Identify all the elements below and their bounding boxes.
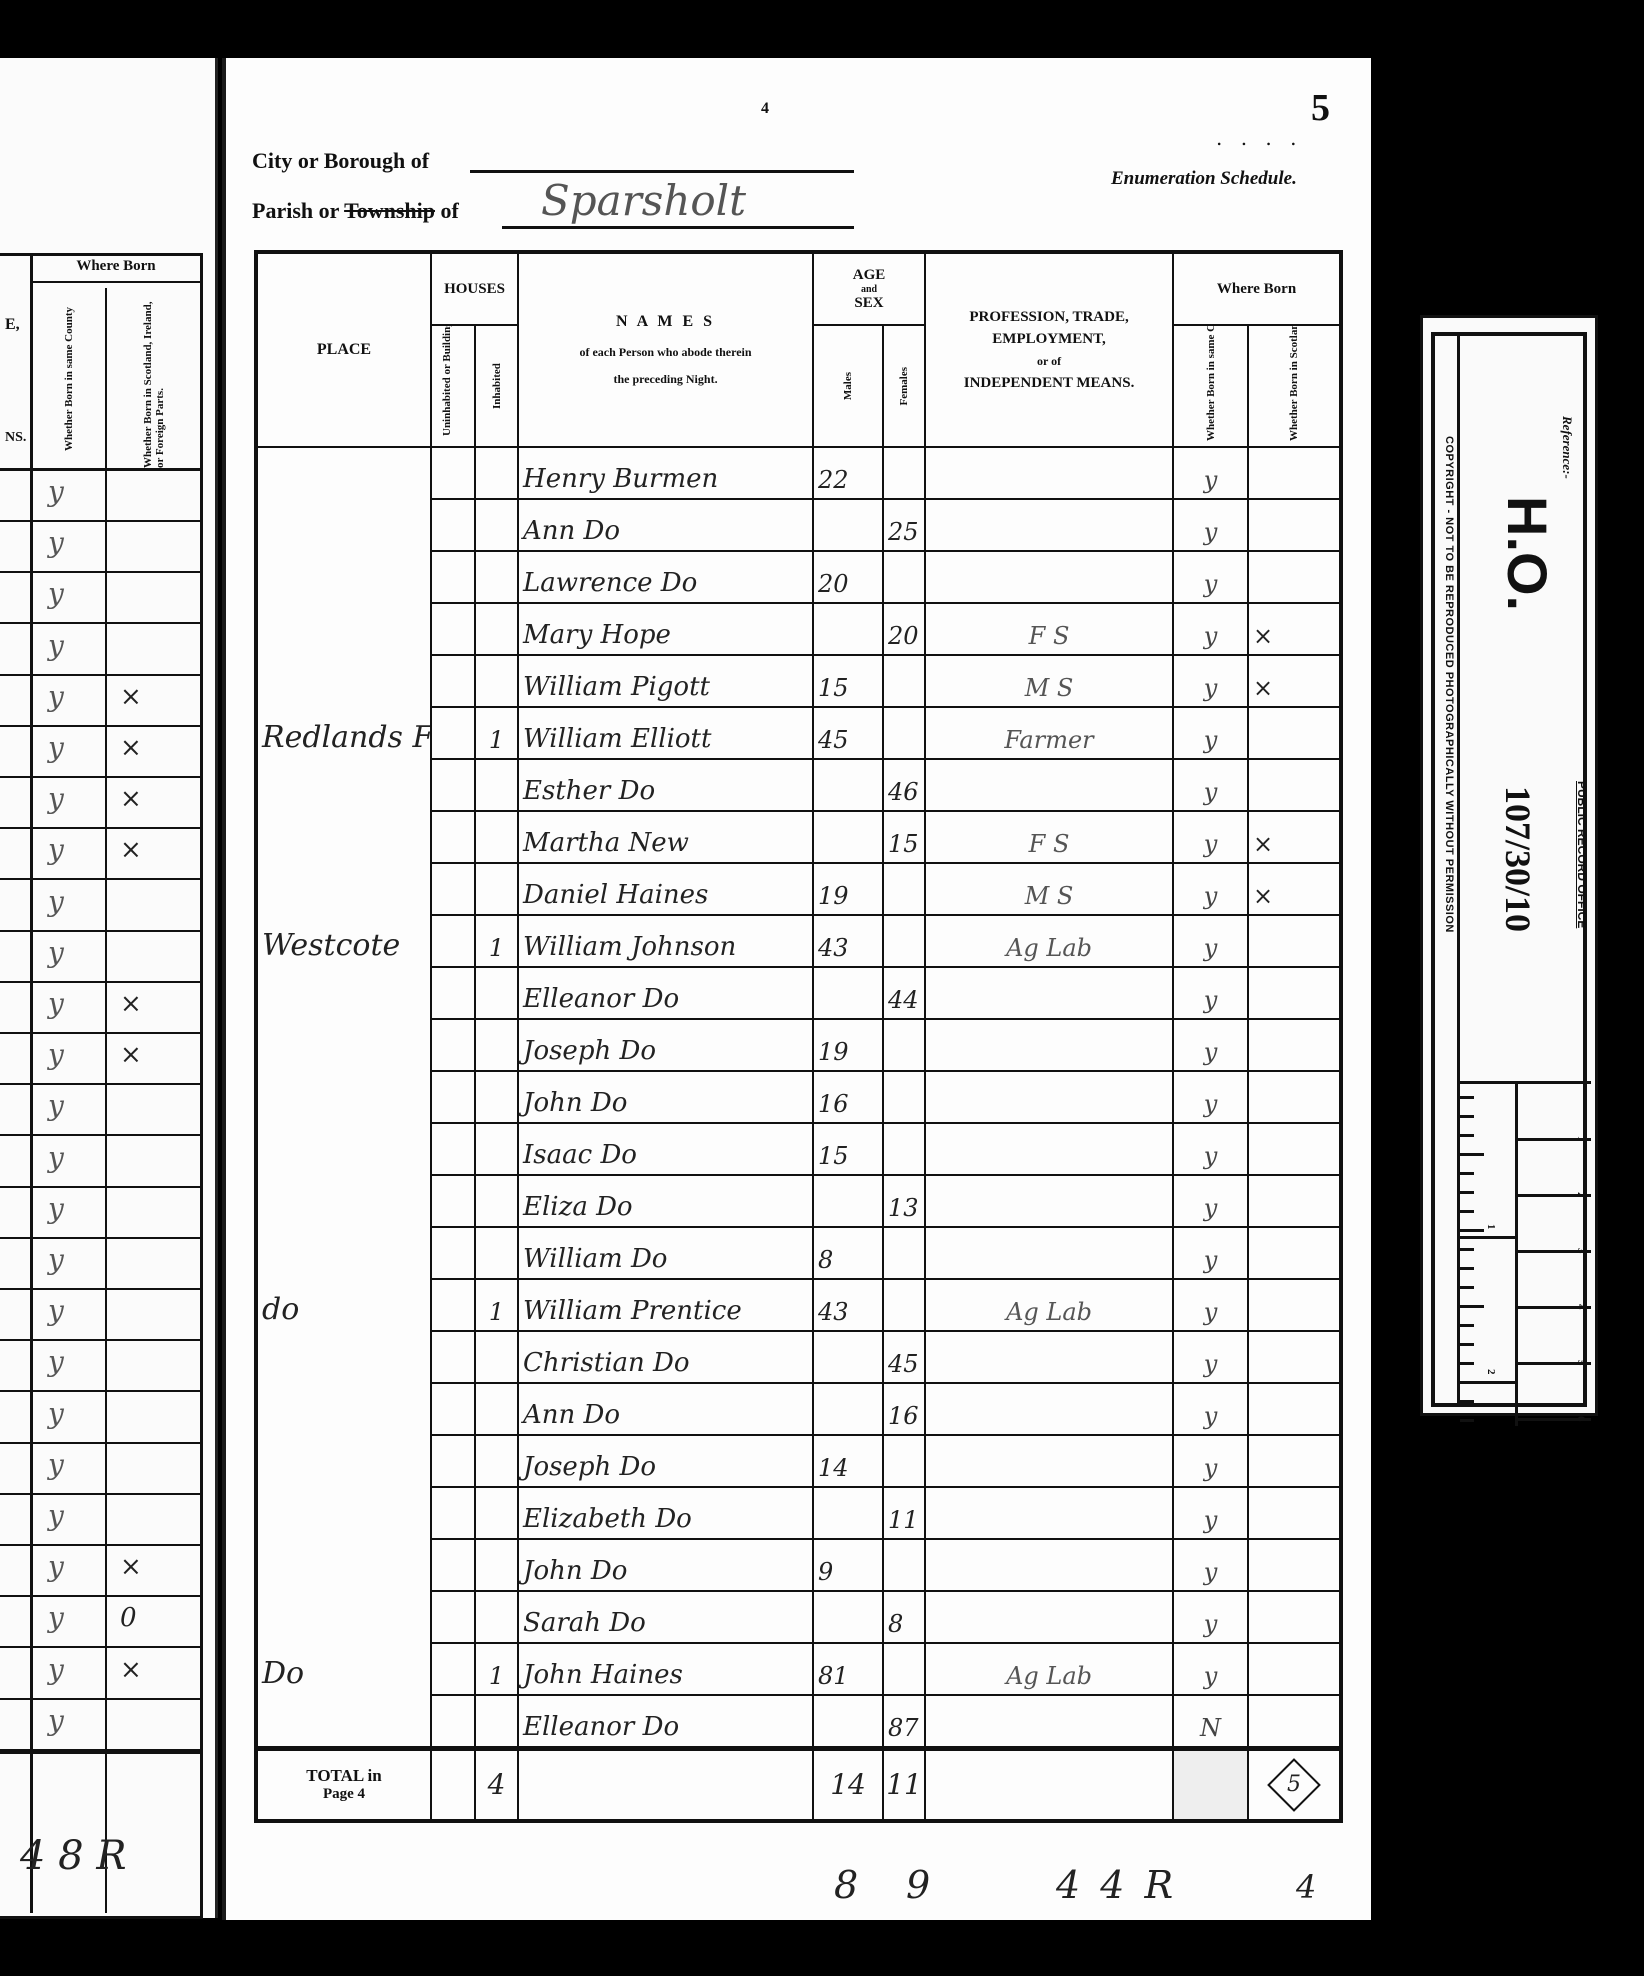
age-sex: SEX xyxy=(814,295,924,312)
name-cell: Daniel Haines xyxy=(518,863,813,915)
place-cell xyxy=(256,863,431,915)
inhabited-value: 1 xyxy=(485,1662,508,1694)
name-value: Isaac Do xyxy=(519,1140,641,1174)
boxed-count-diamond: 5 xyxy=(1267,1758,1321,1812)
inhabited-cell xyxy=(475,1175,518,1227)
left-county-mark: y xyxy=(48,1704,64,1737)
houses-header: HOUSES xyxy=(431,252,518,325)
boxed-count: 5 xyxy=(1287,1768,1301,1802)
profession-cell xyxy=(925,499,1173,551)
parish-label-prefix: Parish or xyxy=(252,198,344,223)
male-age-value xyxy=(814,644,822,648)
name-cell: Joseph Do xyxy=(518,1019,813,1071)
name-value: John Do xyxy=(519,1088,631,1122)
profession-cell: M S xyxy=(925,863,1173,915)
place-cell xyxy=(256,759,431,811)
place-value: Westcote xyxy=(258,928,404,967)
uninhabited-cell xyxy=(431,1487,475,1539)
place-cell xyxy=(256,1227,431,1279)
left-county-mark: y xyxy=(48,1397,64,1430)
female-age-value xyxy=(884,1684,892,1688)
female-age-cell xyxy=(883,551,925,603)
same-county-value: y xyxy=(1200,1350,1222,1382)
left-foreign-mark: × xyxy=(120,784,142,814)
name-cell: Elleanor Do xyxy=(518,967,813,1019)
census-table: PLACE HOUSES N A M E S of each Person wh… xyxy=(254,250,1343,1823)
profession-cell xyxy=(925,551,1173,603)
place-value xyxy=(258,1111,266,1115)
place-cell xyxy=(256,1695,431,1749)
place-cell: Redlands Farm xyxy=(256,707,431,759)
foreign-value xyxy=(1249,956,1257,960)
same-county-cell: y xyxy=(1173,1279,1248,1331)
name-value: Elizabeth Do xyxy=(519,1504,696,1538)
male-age-cell: 14 xyxy=(813,1435,883,1487)
foreign-value xyxy=(1249,1476,1257,1480)
inhabited-value xyxy=(493,540,501,544)
place-cell xyxy=(256,1175,431,1227)
inhabited-value xyxy=(493,904,501,908)
inhabited-cell xyxy=(475,1123,518,1175)
male-age-value xyxy=(814,1372,822,1376)
same-county-value: y xyxy=(1200,778,1222,810)
ruler-divider xyxy=(1515,1081,1518,1426)
same-county-label: Whether Born in same County xyxy=(1205,331,1217,441)
profession-cell xyxy=(925,1435,1173,1487)
inhabited-cell xyxy=(475,811,518,863)
female-age-value: 45 xyxy=(884,1350,923,1382)
table-header: PLACE HOUSES N A M E S of each Person wh… xyxy=(256,252,1341,447)
left-foreign-mark: × xyxy=(120,1040,142,1070)
left-footer-note: 4 8 R xyxy=(20,1833,126,1879)
foreign-cell xyxy=(1248,759,1341,811)
inhabited-cell xyxy=(475,863,518,915)
female-age-cell xyxy=(883,1123,925,1175)
place-cell xyxy=(256,811,431,863)
left-county-mark: y xyxy=(48,577,64,610)
male-age-value: 22 xyxy=(814,466,853,498)
uninhabited-cell xyxy=(431,1435,475,1487)
left-foreign-mark: × xyxy=(120,1655,142,1685)
male-age-cell: 19 xyxy=(813,1019,883,1071)
foreign-value xyxy=(1249,1268,1257,1272)
same-county-value: N xyxy=(1196,1714,1225,1746)
same-county-value: y xyxy=(1200,622,1222,654)
inhabited-value xyxy=(493,696,501,700)
male-age-cell xyxy=(813,1695,883,1749)
ruler-cm-rule xyxy=(1517,1362,1591,1365)
left-row-rule xyxy=(0,1288,200,1290)
left-row-rule xyxy=(0,1237,200,1239)
female-age-cell: 13 xyxy=(883,1175,925,1227)
table-row: Daniel Haines19M Sy× xyxy=(256,863,1341,915)
male-age-cell: 20 xyxy=(813,551,883,603)
same-county-value: y xyxy=(1200,1090,1222,1122)
place-cell xyxy=(256,1331,431,1383)
table-row: Mary Hope20F Sy× xyxy=(256,603,1341,655)
total-males: 14 xyxy=(813,1749,883,1821)
census-page: 4 . . . . 5 Enumeration Schedule. City o… xyxy=(222,58,1371,1920)
name-cell: Sarah Do xyxy=(518,1591,813,1643)
profession-value xyxy=(1045,1632,1053,1636)
profession-line-2: EMPLOYMENT, xyxy=(926,328,1172,350)
female-age-value xyxy=(884,592,892,596)
profession-cell xyxy=(925,1695,1173,1749)
name-cell: Mary Hope xyxy=(518,603,813,655)
ruler-tick xyxy=(1460,1229,1484,1232)
profession-value xyxy=(1045,1580,1053,1584)
name-value: Martha New xyxy=(519,828,693,862)
footer-piece-note: 4 4 R xyxy=(1056,1863,1177,1907)
name-cell: John Do xyxy=(518,1071,813,1123)
copyright-notice: COPYRIGHT - NOT TO BE REPRODUCED PHOTOGR… xyxy=(1443,436,1455,933)
profession-value xyxy=(1045,592,1053,596)
foreign-value xyxy=(1249,1372,1257,1376)
foreign-value: × xyxy=(1249,622,1277,654)
foreign-value xyxy=(1249,748,1257,752)
same-county-cell: y xyxy=(1173,1071,1248,1123)
ruler-tick xyxy=(1460,1153,1484,1156)
left-header-fragment-2: NS. xyxy=(5,430,26,446)
place-value xyxy=(258,1371,266,1375)
total-label: TOTAL in Page 4 xyxy=(256,1749,431,1821)
inhabited-cell: 1 xyxy=(475,1279,518,1331)
uninhabited-cell xyxy=(431,551,475,603)
names-header: N A M E S of each Person who abode there… xyxy=(518,252,813,447)
profession-value xyxy=(1045,1736,1053,1740)
profession-cell xyxy=(925,759,1173,811)
left-county-mark: y xyxy=(48,782,64,815)
left-county-mark: y xyxy=(48,1499,64,1532)
female-age-cell xyxy=(883,915,925,967)
foreign-cell xyxy=(1248,1695,1341,1749)
same-county-cell: y xyxy=(1173,655,1248,707)
foreign-cell: × xyxy=(1248,863,1341,915)
profession-value xyxy=(1045,1008,1053,1012)
same-county-cell: y xyxy=(1173,1331,1248,1383)
ruler-tick xyxy=(1460,1267,1474,1270)
reference-label: Reference:- xyxy=(1559,416,1575,479)
female-age-value xyxy=(884,1112,892,1116)
same-county-cell: y xyxy=(1173,967,1248,1019)
female-age-cell xyxy=(883,1279,925,1331)
uninhabited-cell xyxy=(431,603,475,655)
male-age-cell: 15 xyxy=(813,655,883,707)
uninhabited-cell xyxy=(431,915,475,967)
left-row-rule xyxy=(0,1032,200,1034)
record-office-label: PUBLIC RECORD OFFICE xyxy=(1575,781,1589,928)
names-title: N A M E S xyxy=(519,313,812,331)
profession-value: Farmer xyxy=(1000,726,1097,758)
inhabited-value xyxy=(493,1164,501,1168)
same-county-cell: y xyxy=(1173,1591,1248,1643)
left-row-rule xyxy=(0,1698,200,1700)
left-row-rule xyxy=(0,1442,200,1444)
table-row: Elleanor Do44y xyxy=(256,967,1341,1019)
inhabited-value xyxy=(493,1268,501,1272)
female-age-cell: 46 xyxy=(883,759,925,811)
profession-cell: F S xyxy=(925,603,1173,655)
male-age-cell xyxy=(813,1175,883,1227)
left-row-rule xyxy=(0,622,200,624)
female-age-value xyxy=(884,1320,892,1324)
foreign-cell: × xyxy=(1248,603,1341,655)
female-age-value xyxy=(884,748,892,752)
inhabited-cell xyxy=(475,967,518,1019)
profession-cell: Farmer xyxy=(925,707,1173,759)
scotland-label: Whether Born in Scotland, Ireland, or Fo… xyxy=(1288,331,1300,441)
ruler-tick xyxy=(1460,1343,1474,1346)
male-age-value: 16 xyxy=(814,1090,853,1122)
profession-value: Ag Lab xyxy=(1002,1662,1096,1694)
female-age-cell xyxy=(883,655,925,707)
inhabited-cell xyxy=(475,551,518,603)
male-age-value: 43 xyxy=(814,934,853,966)
profession-value xyxy=(1045,1424,1053,1428)
name-value: Elleanor Do xyxy=(519,1712,683,1746)
table-row: Isaac Do15y xyxy=(256,1123,1341,1175)
place-cell xyxy=(256,551,431,603)
ruler-tick xyxy=(1460,1248,1474,1251)
place-cell xyxy=(256,499,431,551)
male-age-cell: 9 xyxy=(813,1539,883,1591)
inhabited-cell xyxy=(475,447,518,499)
left-county-mark: y xyxy=(48,1294,64,1327)
inhabited-cell: 1 xyxy=(475,915,518,967)
profession-cell xyxy=(925,1487,1173,1539)
female-age-value: 8 xyxy=(884,1610,907,1642)
males-label: Males xyxy=(842,372,854,400)
name-value: Christian Do xyxy=(519,1348,694,1382)
name-cell: Isaac Do xyxy=(518,1123,813,1175)
left-same-county-header: Whether Born in same County xyxy=(33,290,105,468)
female-age-value: 16 xyxy=(884,1402,923,1434)
same-county-cell: y xyxy=(1173,1487,1248,1539)
inhabited-cell: 1 xyxy=(475,707,518,759)
profession-value: F S xyxy=(1025,622,1074,654)
parish-label: Parish or Township of xyxy=(252,198,459,224)
foreign-cell xyxy=(1248,1227,1341,1279)
name-cell: William Johnson xyxy=(518,915,813,967)
male-age-cell: 15 xyxy=(813,1123,883,1175)
profession-value: M S xyxy=(1021,882,1078,914)
uninhabited-cell xyxy=(431,759,475,811)
name-cell: Ann Do xyxy=(518,499,813,551)
foreign-cell xyxy=(1248,1019,1341,1071)
place-value xyxy=(258,1215,266,1219)
same-county-cell: y xyxy=(1173,1435,1248,1487)
profession-value xyxy=(1045,1060,1053,1064)
profession-line-4: INDEPENDENT MEANS. xyxy=(926,372,1172,394)
foreign-cell xyxy=(1248,915,1341,967)
inhabited-cell: 1 xyxy=(475,1643,518,1695)
male-age-cell xyxy=(813,1487,883,1539)
inhabited-value: 1 xyxy=(485,934,508,966)
left-header-rule xyxy=(0,468,200,471)
name-cell: John Haines xyxy=(518,1643,813,1695)
male-age-value xyxy=(814,540,822,544)
table-row: Redlands Farm1William Elliott45Farmery xyxy=(256,707,1341,759)
inhabited-cell xyxy=(475,1227,518,1279)
inhabited-value xyxy=(493,592,501,596)
female-age-value xyxy=(884,1060,892,1064)
male-age-value xyxy=(814,1008,822,1012)
same-county-cell: y xyxy=(1173,1643,1248,1695)
profession-cell xyxy=(925,1539,1173,1591)
left-row-rule xyxy=(0,1493,200,1495)
profession-cell: M S xyxy=(925,655,1173,707)
place-header: PLACE xyxy=(256,252,431,447)
foreign-cell xyxy=(1248,551,1341,603)
table-row: John Do9y xyxy=(256,1539,1341,1591)
profession-value xyxy=(1045,1476,1053,1480)
ruler-cm-rule xyxy=(1517,1194,1591,1197)
table-row: Lawrence Do20y xyxy=(256,551,1341,603)
inhabited-value xyxy=(493,1372,501,1376)
uninhabited-cell xyxy=(431,863,475,915)
table-row: do1William Prentice43Ag Laby xyxy=(256,1279,1341,1331)
age-sex-header: AGE and SEX xyxy=(813,252,925,325)
female-age-cell: 11 xyxy=(883,1487,925,1539)
male-age-value: 14 xyxy=(814,1454,853,1486)
uninhabited-cell xyxy=(431,1279,475,1331)
foreign-cell xyxy=(1248,499,1341,551)
same-county-cell: y xyxy=(1173,1383,1248,1435)
foreign-value xyxy=(1249,1580,1257,1584)
inhabited-value xyxy=(493,644,501,648)
foreign-cell xyxy=(1248,1175,1341,1227)
name-value: Elleanor Do xyxy=(519,984,683,1018)
foreign-value xyxy=(1249,1320,1257,1324)
inhabited-label: Inhabited xyxy=(491,336,503,436)
uninhabited-cell xyxy=(431,1071,475,1123)
name-cell: Esther Do xyxy=(518,759,813,811)
male-age-cell xyxy=(813,1383,883,1435)
inhabited-value xyxy=(493,1008,501,1012)
left-row-rule xyxy=(0,827,200,829)
left-row-rule xyxy=(0,1339,200,1341)
female-age-value xyxy=(884,904,892,908)
same-county-value: y xyxy=(1200,1662,1222,1694)
foreign-cell xyxy=(1248,447,1341,499)
female-age-value xyxy=(884,956,892,960)
inhabited-cell xyxy=(475,1331,518,1383)
foreign-value xyxy=(1249,592,1257,596)
uninhabited-cell xyxy=(431,1383,475,1435)
table-body: Henry Burmen22yAnn Do25yLawrence Do20yMa… xyxy=(256,447,1341,1749)
uninhabited-cell xyxy=(431,1643,475,1695)
same-county-value: y xyxy=(1200,1038,1222,1070)
male-age-value xyxy=(814,852,822,856)
reference-tag: Reference:- H.O. COPYRIGHT - NOT TO BE R… xyxy=(1420,315,1598,1416)
place-cell: do xyxy=(256,1279,431,1331)
name-cell: Lawrence Do xyxy=(518,551,813,603)
left-county-mark: y xyxy=(48,1038,64,1071)
left-row-rule xyxy=(0,725,200,727)
profession-cell: Ag Lab xyxy=(925,1279,1173,1331)
name-value: Esther Do xyxy=(519,776,659,810)
male-age-value: 15 xyxy=(814,674,853,706)
ruler-top-rule xyxy=(1459,1081,1591,1084)
inhabited-cell xyxy=(475,603,518,655)
foreign-cell xyxy=(1248,1331,1341,1383)
foreign-value xyxy=(1249,1736,1257,1740)
inhabited-cell xyxy=(475,1539,518,1591)
name-value: Joseph Do xyxy=(519,1036,660,1070)
foreign-value: × xyxy=(1249,674,1277,706)
left-header-fragment-1: E, xyxy=(5,316,20,334)
female-age-value: 44 xyxy=(884,986,923,1018)
profession-value: Ag Lab xyxy=(1002,1298,1096,1330)
same-county-cell: y xyxy=(1173,603,1248,655)
ruler-tick xyxy=(1460,1172,1474,1175)
table-row: Ann Do16y xyxy=(256,1383,1341,1435)
female-age-cell: 20 xyxy=(883,603,925,655)
profession-line-1: PROFESSION, TRADE, xyxy=(926,306,1172,328)
foreign-cell xyxy=(1248,967,1341,1019)
table-row: Christian Do45y xyxy=(256,1331,1341,1383)
foreign-cell xyxy=(1248,1279,1341,1331)
female-age-value xyxy=(884,488,892,492)
ruler-tick xyxy=(1460,1286,1474,1289)
uninhabited-cell xyxy=(431,655,475,707)
foreign-cell xyxy=(1248,707,1341,759)
male-age-cell: 43 xyxy=(813,915,883,967)
female-age-cell: 16 xyxy=(883,1383,925,1435)
place-value: do xyxy=(258,1292,303,1331)
same-county-cell: y xyxy=(1173,759,1248,811)
left-county-mark: y xyxy=(48,526,64,559)
same-county-cell: N xyxy=(1173,1695,1248,1749)
foreign-cell xyxy=(1248,1435,1341,1487)
left-county-mark: y xyxy=(48,1345,64,1378)
place-cell: Do xyxy=(256,1643,431,1695)
left-county-mark: y xyxy=(48,987,64,1020)
place-cell xyxy=(256,1383,431,1435)
inhabited-value xyxy=(493,1112,501,1116)
inhabited-cell xyxy=(475,1071,518,1123)
same-county-value: y xyxy=(1200,1454,1222,1486)
inhabited-cell xyxy=(475,655,518,707)
profession-value: Ag Lab xyxy=(1002,934,1096,966)
table-total: TOTAL in Page 4 4 14 11 5 xyxy=(256,1749,1341,1821)
page-dots: . . . . xyxy=(1216,126,1303,150)
male-age-value xyxy=(814,800,822,804)
female-age-cell: 15 xyxy=(883,811,925,863)
uninhabited-cell xyxy=(431,1591,475,1643)
inhabited-cell xyxy=(475,1019,518,1071)
name-cell: William Pigott xyxy=(518,655,813,707)
name-cell: Christian Do xyxy=(518,1331,813,1383)
foreign-value xyxy=(1249,1060,1257,1064)
place-value xyxy=(258,1163,266,1167)
uninhabited-cell xyxy=(431,1019,475,1071)
uninhabited-label: Uninhabited or Building xyxy=(441,336,465,436)
inhabited-cell xyxy=(475,1591,518,1643)
name-value: Henry Burmen xyxy=(519,464,722,498)
male-age-cell: 43 xyxy=(813,1279,883,1331)
same-county-value: y xyxy=(1200,674,1222,706)
profession-cell xyxy=(925,1591,1173,1643)
profession-cell xyxy=(925,1123,1173,1175)
female-age-value: 87 xyxy=(884,1714,923,1746)
female-age-cell: 45 xyxy=(883,1331,925,1383)
profession-cell xyxy=(925,1383,1173,1435)
profession-cell xyxy=(925,1227,1173,1279)
place-value xyxy=(258,1631,266,1635)
left-county-mark: y xyxy=(48,1601,64,1634)
uninhabited-cell xyxy=(431,1695,475,1749)
